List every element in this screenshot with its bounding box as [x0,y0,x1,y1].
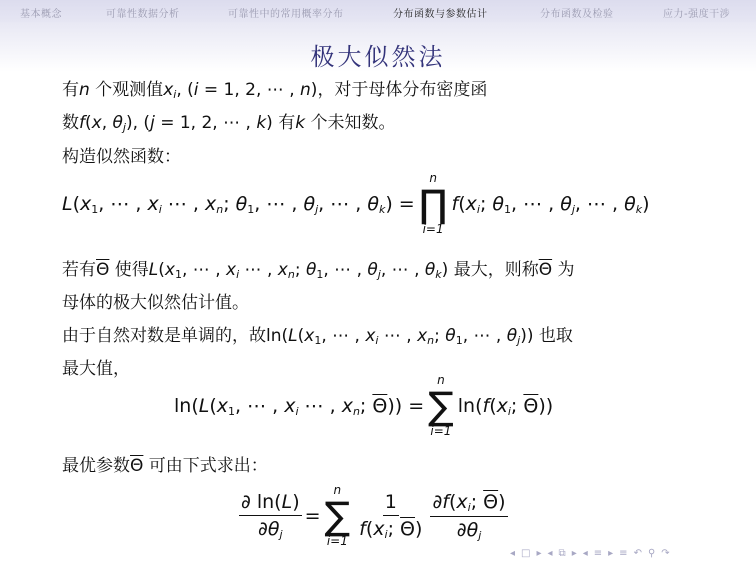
frame-icon[interactable]: □ [521,548,530,559]
search-icon[interactable]: ⚲ [648,548,655,559]
section-icon[interactable]: ≡ [594,548,602,559]
nav-section-distribution-estimation[interactable]: 分布函数与参数估计 [393,5,488,20]
paragraph-construct-likelihood: 构造似然函数： [62,143,181,172]
nav-section-stress-strength[interactable]: 应力-强度干涉 [663,5,730,20]
paragraph-observations: 有n 个观测值xi, (i = 1, 2, ⋯ , n)，对于母体分布密度函 数… [62,76,487,142]
subsection-icon[interactable]: ⧉ [559,548,566,559]
nav-right-icon[interactable]: ▸ [536,548,541,559]
undo-icon[interactable]: ↶ [634,548,642,559]
subsection-right-icon[interactable]: ▸ [572,548,577,559]
subsection-left-icon[interactable]: ◂ [548,548,553,559]
section-left-icon[interactable]: ◂ [583,548,588,559]
likelihood-equation: L(x1, ⋯ , xi ⋯ , xn; θ1, ⋯ , θj, ⋯ , θk)… [62,172,650,236]
slide-title: 极大似然法 [0,37,756,72]
section-navbar: 基本概念 可靠性数据分析 可靠性中的常用概率分布 分布函数与参数估计 分布函数及… [0,0,756,22]
derivative-equation: ∂ ln(L)∂θj = n∑i=1 1f(xi; Θ) ∂f(xi; Θ)∂θ… [236,484,511,548]
paragraph-mle-definition: 若有Θ 使得L(x1, ⋯ , xi ⋯ , xn; θ1, ⋯ , θj, ⋯… [62,256,575,318]
nav-section-probability-distributions[interactable]: 可靠性中的常用概率分布 [228,5,344,20]
beamer-navigation-symbols: ◂ □ ▸ ◂ ⧉ ▸ ◂ ≡ ▸ ≡ ↶ ⚲ ↷ [510,548,670,559]
section-right-icon[interactable]: ▸ [608,548,613,559]
nav-section-basic-concepts[interactable]: 基本概念 [20,5,62,20]
nav-section-reliability-data[interactable]: 可靠性数据分析 [106,5,180,20]
align-icon[interactable]: ≡ [619,548,627,559]
nav-section-distribution-tests[interactable]: 分布函数及检验 [540,5,614,20]
nav-left-icon[interactable]: ◂ [510,548,515,559]
redo-icon[interactable]: ↷ [661,548,669,559]
log-likelihood-equation: ln(L(x1, ⋯ , xi ⋯ , xn; Θ)) = n∑i=1 ln(f… [174,374,553,438]
paragraph-optimal-params: 最优参数Θ 可由下式求出： [62,452,268,481]
